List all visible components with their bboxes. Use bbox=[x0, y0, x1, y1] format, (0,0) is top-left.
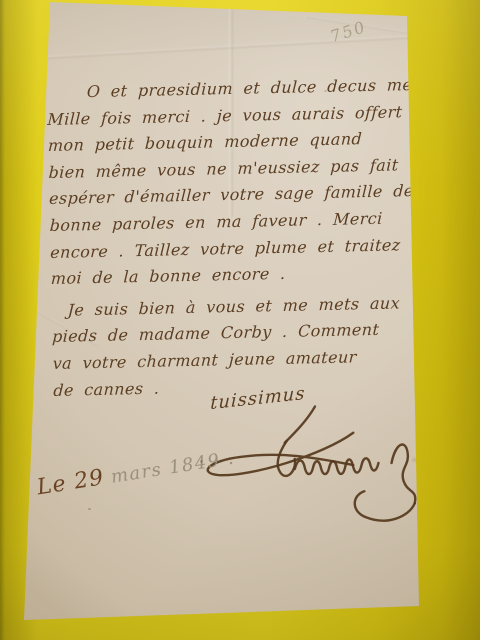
date-ink: Le 29 bbox=[35, 465, 106, 500]
letter-text: O et praesidium et dulce decus meum ! Mi… bbox=[47, 72, 420, 404]
letter-paragraph-2: Je suis bien à vous et me mets aux pieds… bbox=[51, 290, 419, 404]
foxing-stain bbox=[324, 90, 327, 92]
letter-paragraph-1: O et praesidium et dulce decus meum ! Mi… bbox=[47, 72, 418, 293]
foxing-stain bbox=[412, 458, 417, 462]
ink-speck bbox=[200, 460, 203, 463]
letter-paper: 750 O et praesidium et dulce decus meum … bbox=[24, 2, 420, 620]
ink-speck bbox=[88, 508, 91, 510]
pencil-price-notation: 750 bbox=[329, 17, 367, 47]
ink-speck bbox=[208, 465, 210, 467]
photo-background: 750 O et praesidium et dulce decus meum … bbox=[0, 0, 480, 640]
